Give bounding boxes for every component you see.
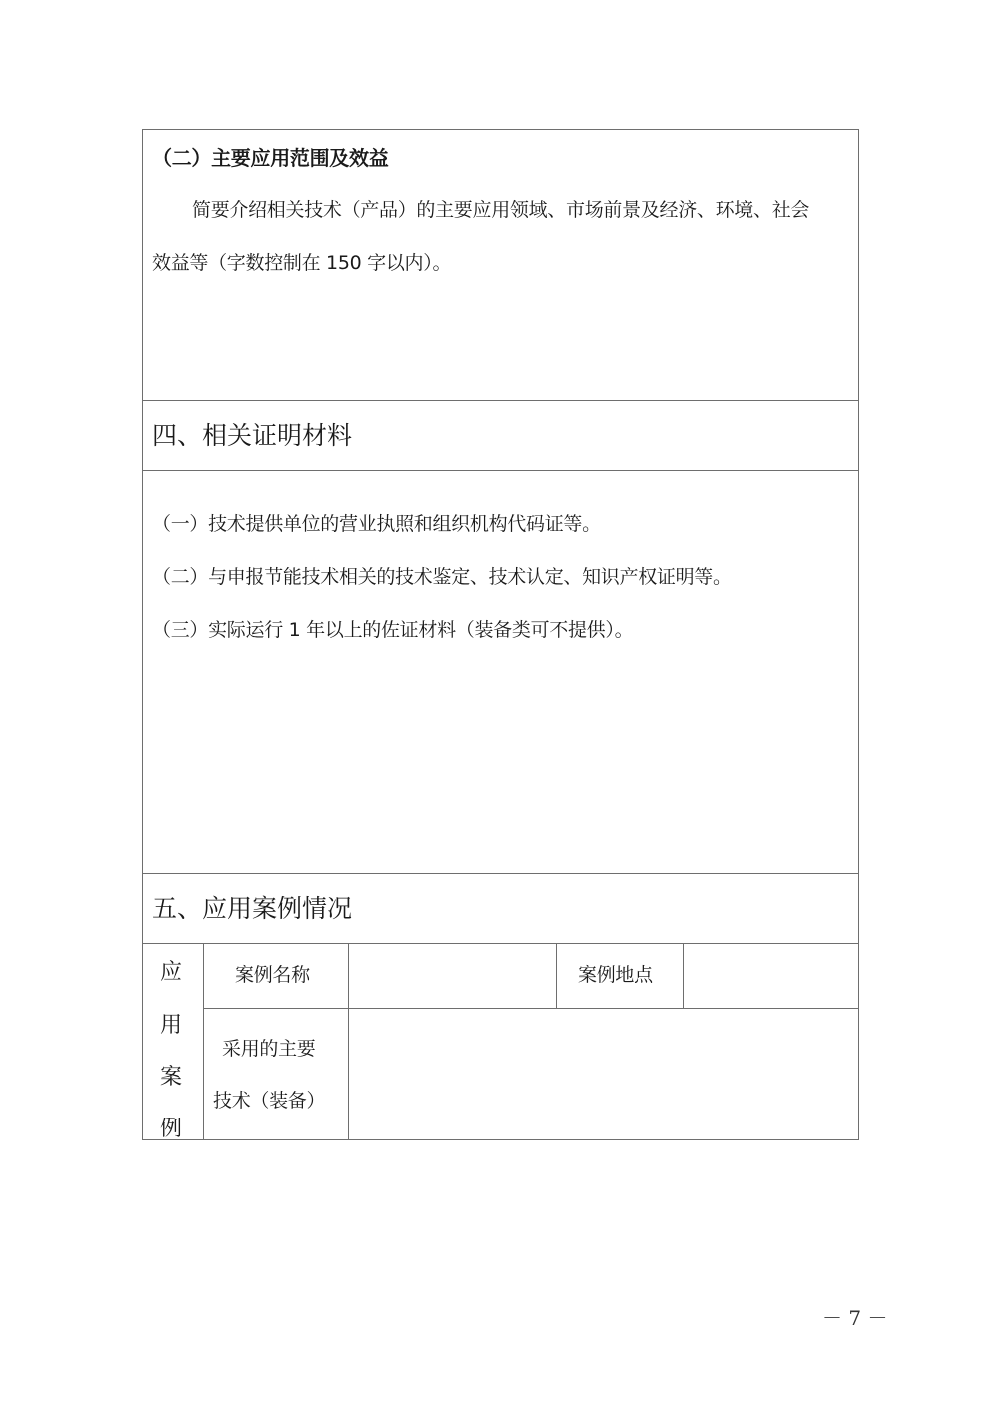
case-location-label: 案例地点 bbox=[578, 966, 653, 985]
application-scope-description-line2: 效益等（字数控制在 150 字以内）。 bbox=[152, 254, 451, 273]
case-name-label: 案例名称 bbox=[235, 966, 310, 985]
row-divider bbox=[142, 943, 859, 944]
page-number: － 7 － bbox=[822, 1308, 887, 1328]
row-divider bbox=[142, 400, 859, 401]
col-divider bbox=[556, 943, 557, 1008]
table-border-right bbox=[858, 129, 859, 1140]
col-divider bbox=[203, 943, 204, 1140]
main-tech-label-line1: 采用的主要 bbox=[222, 1040, 316, 1059]
table-border-bottom bbox=[142, 1139, 859, 1140]
supporting-material-item: （二）与申报节能技术相关的技术鉴定、技术认定、知识产权证明等。 bbox=[152, 568, 732, 587]
side-label-char: 用 bbox=[160, 1015, 182, 1037]
application-scope-description-line1: 简要介绍相关技术（产品）的主要应用领域、市场前景及经济、环境、社会 bbox=[192, 201, 809, 220]
col-divider bbox=[348, 943, 349, 1140]
main-tech-label-line2: 技术（装备） bbox=[213, 1092, 325, 1111]
row-divider bbox=[203, 1008, 859, 1009]
supporting-material-item: （一）技术提供单位的营业执照和组织机构代码证等。 bbox=[152, 515, 601, 534]
row-divider bbox=[142, 470, 859, 471]
col-divider bbox=[683, 943, 684, 1008]
supporting-material-item: （三）实际运行 1 年以上的佐证材料（装备类可不提供）。 bbox=[152, 621, 633, 640]
row-divider bbox=[142, 873, 859, 874]
side-label-char: 应 bbox=[160, 962, 182, 984]
section-heading-application-scope: （二）主要应用范围及效益 bbox=[152, 148, 388, 168]
section-heading-supporting-materials: 四、相关证明材料 bbox=[152, 423, 352, 448]
table-border-top bbox=[142, 129, 859, 130]
table-border-left bbox=[142, 129, 143, 1140]
section-heading-application-cases: 五、应用案例情况 bbox=[152, 896, 352, 921]
side-label-char: 例 bbox=[160, 1118, 182, 1139]
side-label-char: 案 bbox=[160, 1067, 182, 1089]
